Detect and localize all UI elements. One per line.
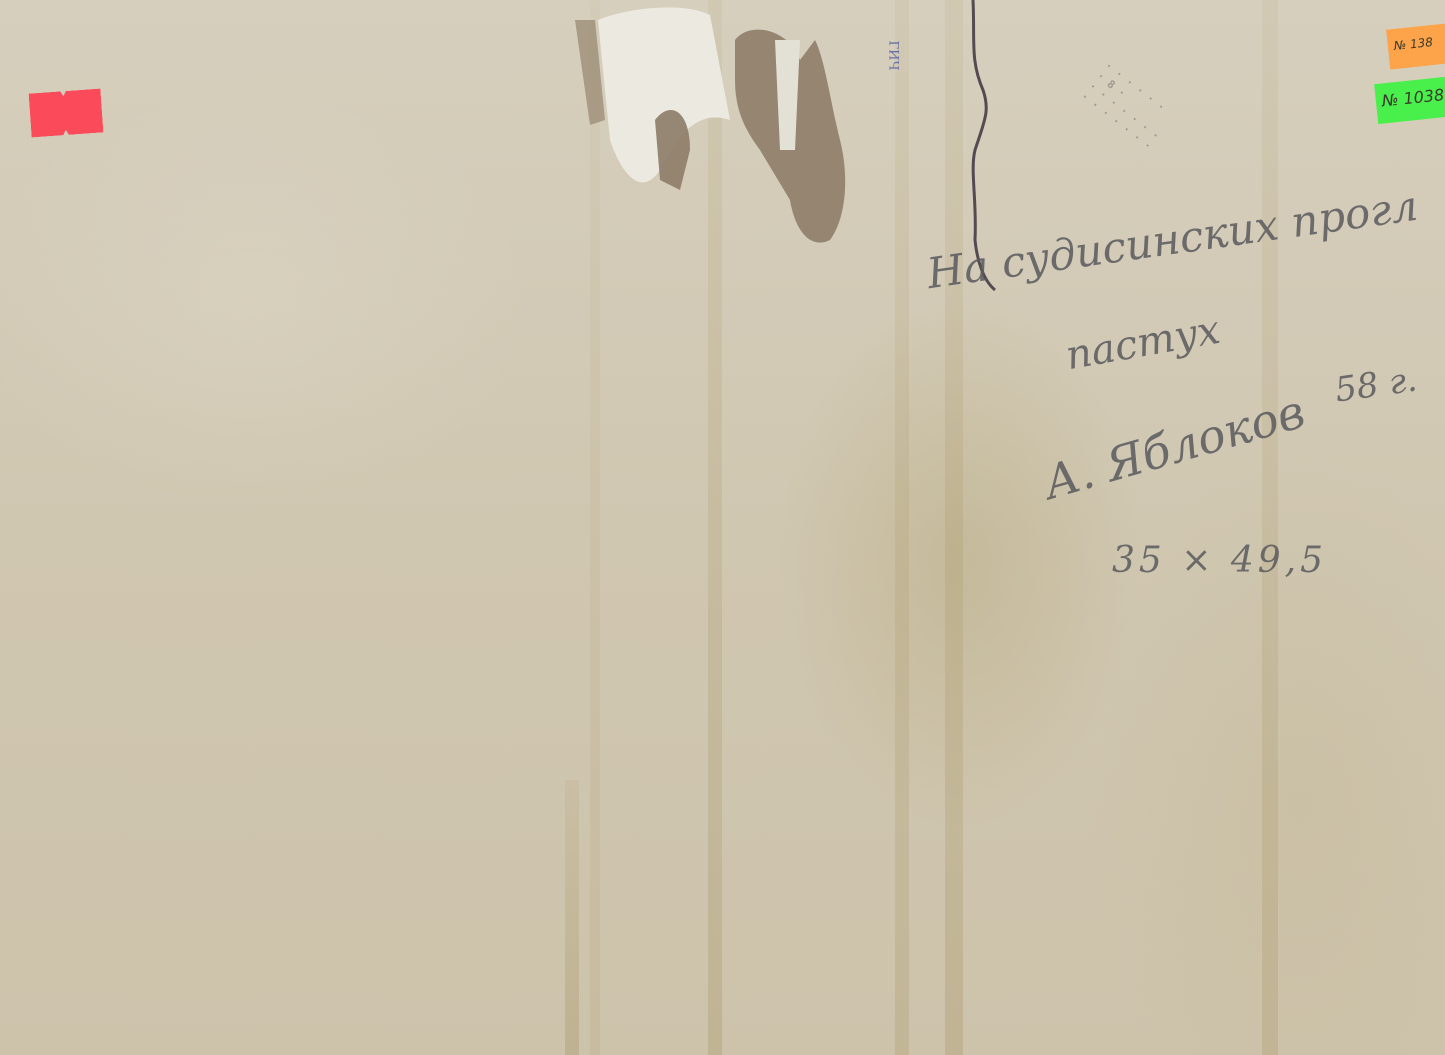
blue-stamp-mark: ГИЧ — [886, 41, 901, 71]
water-streak — [565, 780, 579, 1055]
price-sticker-red — [29, 89, 104, 138]
water-streak — [1262, 0, 1278, 1055]
peeled-paper-area — [560, 0, 900, 260]
artwork-dimensions: 35 × 49,5 — [1112, 540, 1327, 581]
faded-stamp: · · · · · · · 8 · · · · · · · · · · · · … — [1078, 59, 1178, 153]
inscription-year: 58 г. — [1333, 359, 1420, 410]
inventory-sticker-green: № 1038 — [1374, 76, 1445, 124]
inventory-sticker-orange: № 138 — [1386, 22, 1445, 69]
inscription-title-line-2: пастух — [1062, 307, 1223, 379]
cardboard-backing: № 138 № 1038 · · · · · · · 8 · · · · · ·… — [0, 0, 1445, 1055]
